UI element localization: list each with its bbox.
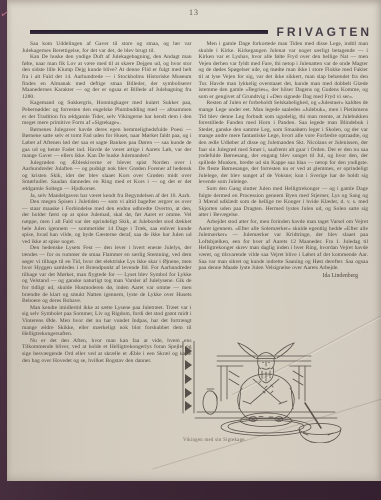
sigtekage-icon — [221, 413, 311, 436]
chair-back-icon — [217, 356, 311, 401]
paragraph: Saa kom Uddelingen af Gaver til store og… — [22, 41, 192, 54]
viking-figure-icon — [238, 343, 294, 421]
paper-page: 13 FRIVAGTEN Saa kom Uddelingen af Gaver… — [7, 0, 381, 481]
paragraph: Resten af Julen er forbeholdt Selskabeli… — [199, 100, 369, 186]
paragraph: Men i gamle Dage forkortede man Tiden me… — [199, 41, 369, 100]
scanned-magazine-page: { "page": { "number": "13", "masthead": … — [0, 0, 381, 500]
paragraph: Den hedenske Lysets Fest — den lever i h… — [22, 245, 192, 304]
article-body: Saa kom Uddelingen af Gaver til store og… — [22, 41, 368, 364]
paragraph: Kagemand og Sukkergris, Honningkager med… — [22, 100, 192, 126]
paragraph: Børnenes Julegaver havde deres egen hemm… — [22, 127, 192, 160]
paragraph: Som den Gang slutter Julen med Helligtre… — [199, 186, 369, 219]
masthead-title: FRIVAGTEN — [277, 25, 372, 39]
paragraph: Den megen Spisen i Juletiden — som vi al… — [22, 199, 192, 245]
masthead-rule — [30, 30, 268, 34]
masthead: FRIVAGTEN — [30, 25, 372, 39]
column-right-text: Men i gamle Dage forkortede man Tiden me… — [199, 41, 369, 272]
paragraph: Julegrøden og Æbleskiverne er blevet spi… — [22, 160, 192, 193]
viking-illustration — [181, 341, 351, 443]
paragraph: Nu er det den Aften, hvor man kan faa at… — [22, 338, 192, 364]
column-right: Men i gamle Dage forkortede man Tiden me… — [199, 41, 369, 364]
byline: Ida Lindenberg — [199, 273, 369, 279]
paragraph: Kan De huske den yndige Duft af Julekage… — [22, 54, 192, 100]
jug-icon — [203, 389, 217, 414]
pillar-ornament-icon — [183, 341, 194, 413]
illustration-caption: Vikingen med sin Sigtekage. — [183, 438, 246, 443]
column-left: Saa kom Uddelingen af Gaver til store og… — [22, 41, 192, 364]
page-number: 13 — [7, 8, 381, 17]
paragraph: Arbejdet stod atter for, men forinden ha… — [199, 219, 369, 272]
paragraph: Man kendte imidlertid ikke at sætte Lyse… — [22, 305, 192, 338]
